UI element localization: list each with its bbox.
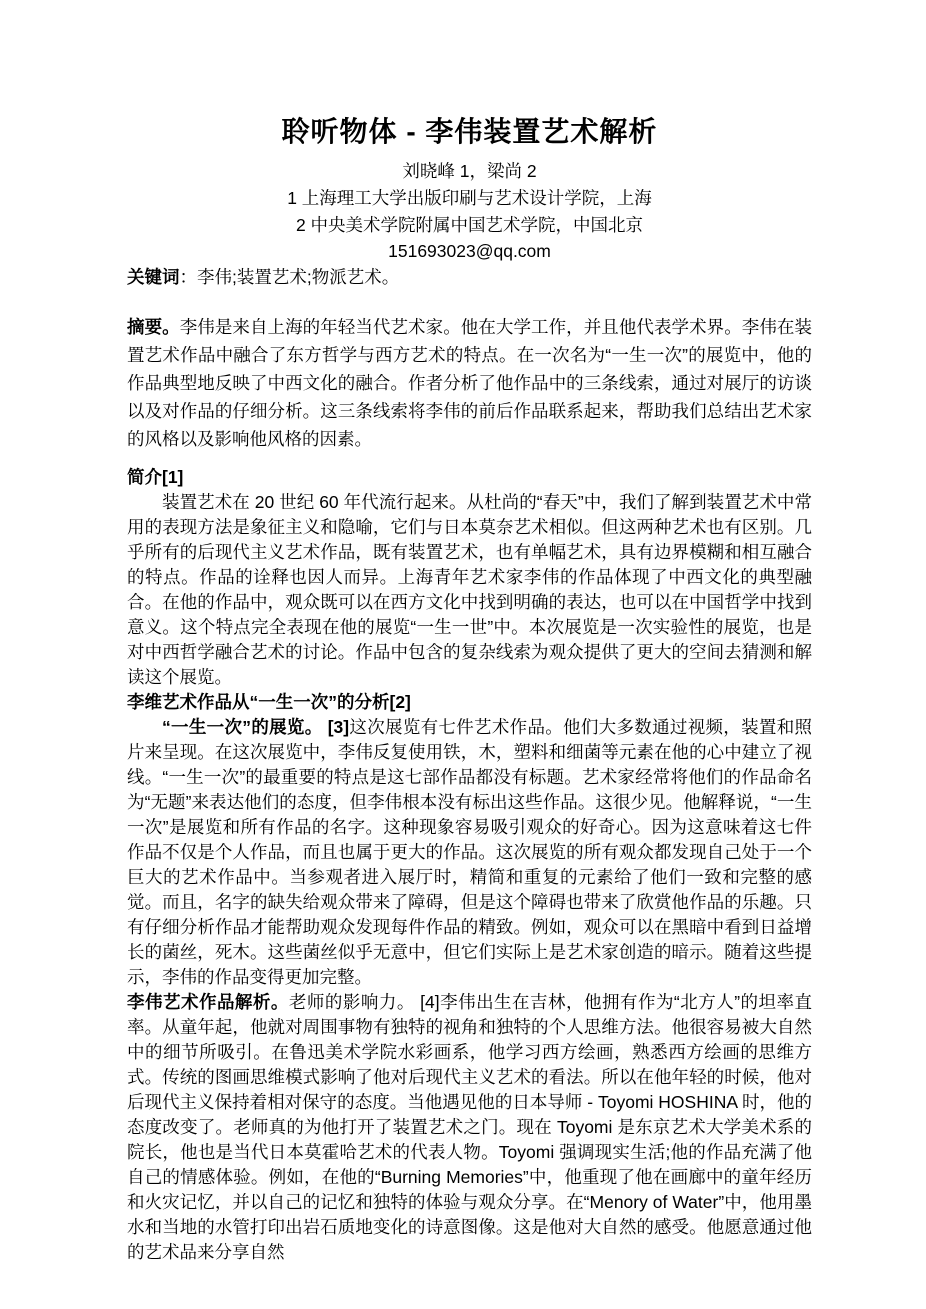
exhibition-paragraph: “一生一次”的展览。 [3]这次展览有七件艺术作品。他们大多数通过视频，装置和照… bbox=[127, 715, 812, 990]
email-address: 151693023@qq.com bbox=[127, 239, 812, 264]
section-heading-intro: 简介[1] bbox=[127, 465, 812, 490]
affiliation-1: 1 上海理工大学出版印刷与艺术设计学院，上海 bbox=[127, 185, 812, 212]
section-heading-analysis: 李维艺术作品从“一生一次”的分析[2] bbox=[127, 690, 812, 715]
affiliation-2: 2 中央美术学院附属中国艺术学院，中国北京 bbox=[127, 212, 812, 239]
artwork-analysis-paragraph: 李伟艺术作品解析。老师的影响力。 [4]李伟出生在吉林，他拥有作为“北方人”的坦… bbox=[127, 990, 812, 1265]
exhibition-text: 这次展览有七件艺术作品。他们大多数通过视频，装置和照片来呈现。在这次展览中，李伟… bbox=[127, 717, 812, 987]
keywords-text: ：李伟;装置艺术;物派艺术。 bbox=[180, 267, 400, 287]
abstract-label: 摘要。 bbox=[127, 317, 180, 337]
keywords-line: 关键词：李伟;装置艺术;物派艺术。 bbox=[127, 264, 812, 291]
document-page: 聆听物体 - 李伟装置艺术解析 刘晓峰 1，梁尚 2 1 上海理工大学出版印刷与… bbox=[0, 0, 926, 1265]
artwork-analysis-lead: 李伟艺术作品解析。 bbox=[127, 992, 289, 1012]
intro-paragraph: 装置艺术在 20 世纪 60 年代流行起来。从杜尚的“春天”中，我们了解到装置艺… bbox=[127, 490, 812, 690]
artwork-analysis-text: 老师的影响力。 [4]李伟出生在吉林，他拥有作为“北方人”的坦率直率。从童年起，… bbox=[127, 992, 812, 1262]
authors-line: 刘晓峰 1，梁尚 2 bbox=[127, 158, 812, 185]
exhibition-lead: “一生一次”的展览。 [3] bbox=[162, 717, 349, 737]
paper-title: 聆听物体 - 李伟装置艺术解析 bbox=[127, 114, 812, 150]
abstract-text: 李伟是来自上海的年轻当代艺术家。他在大学工作，并且他代表学术界。李伟在装置艺术作… bbox=[127, 317, 812, 449]
abstract-paragraph: 摘要。李伟是来自上海的年轻当代艺术家。他在大学工作，并且他代表学术界。李伟在装置… bbox=[127, 313, 812, 453]
keywords-label: 关键词 bbox=[127, 267, 180, 287]
